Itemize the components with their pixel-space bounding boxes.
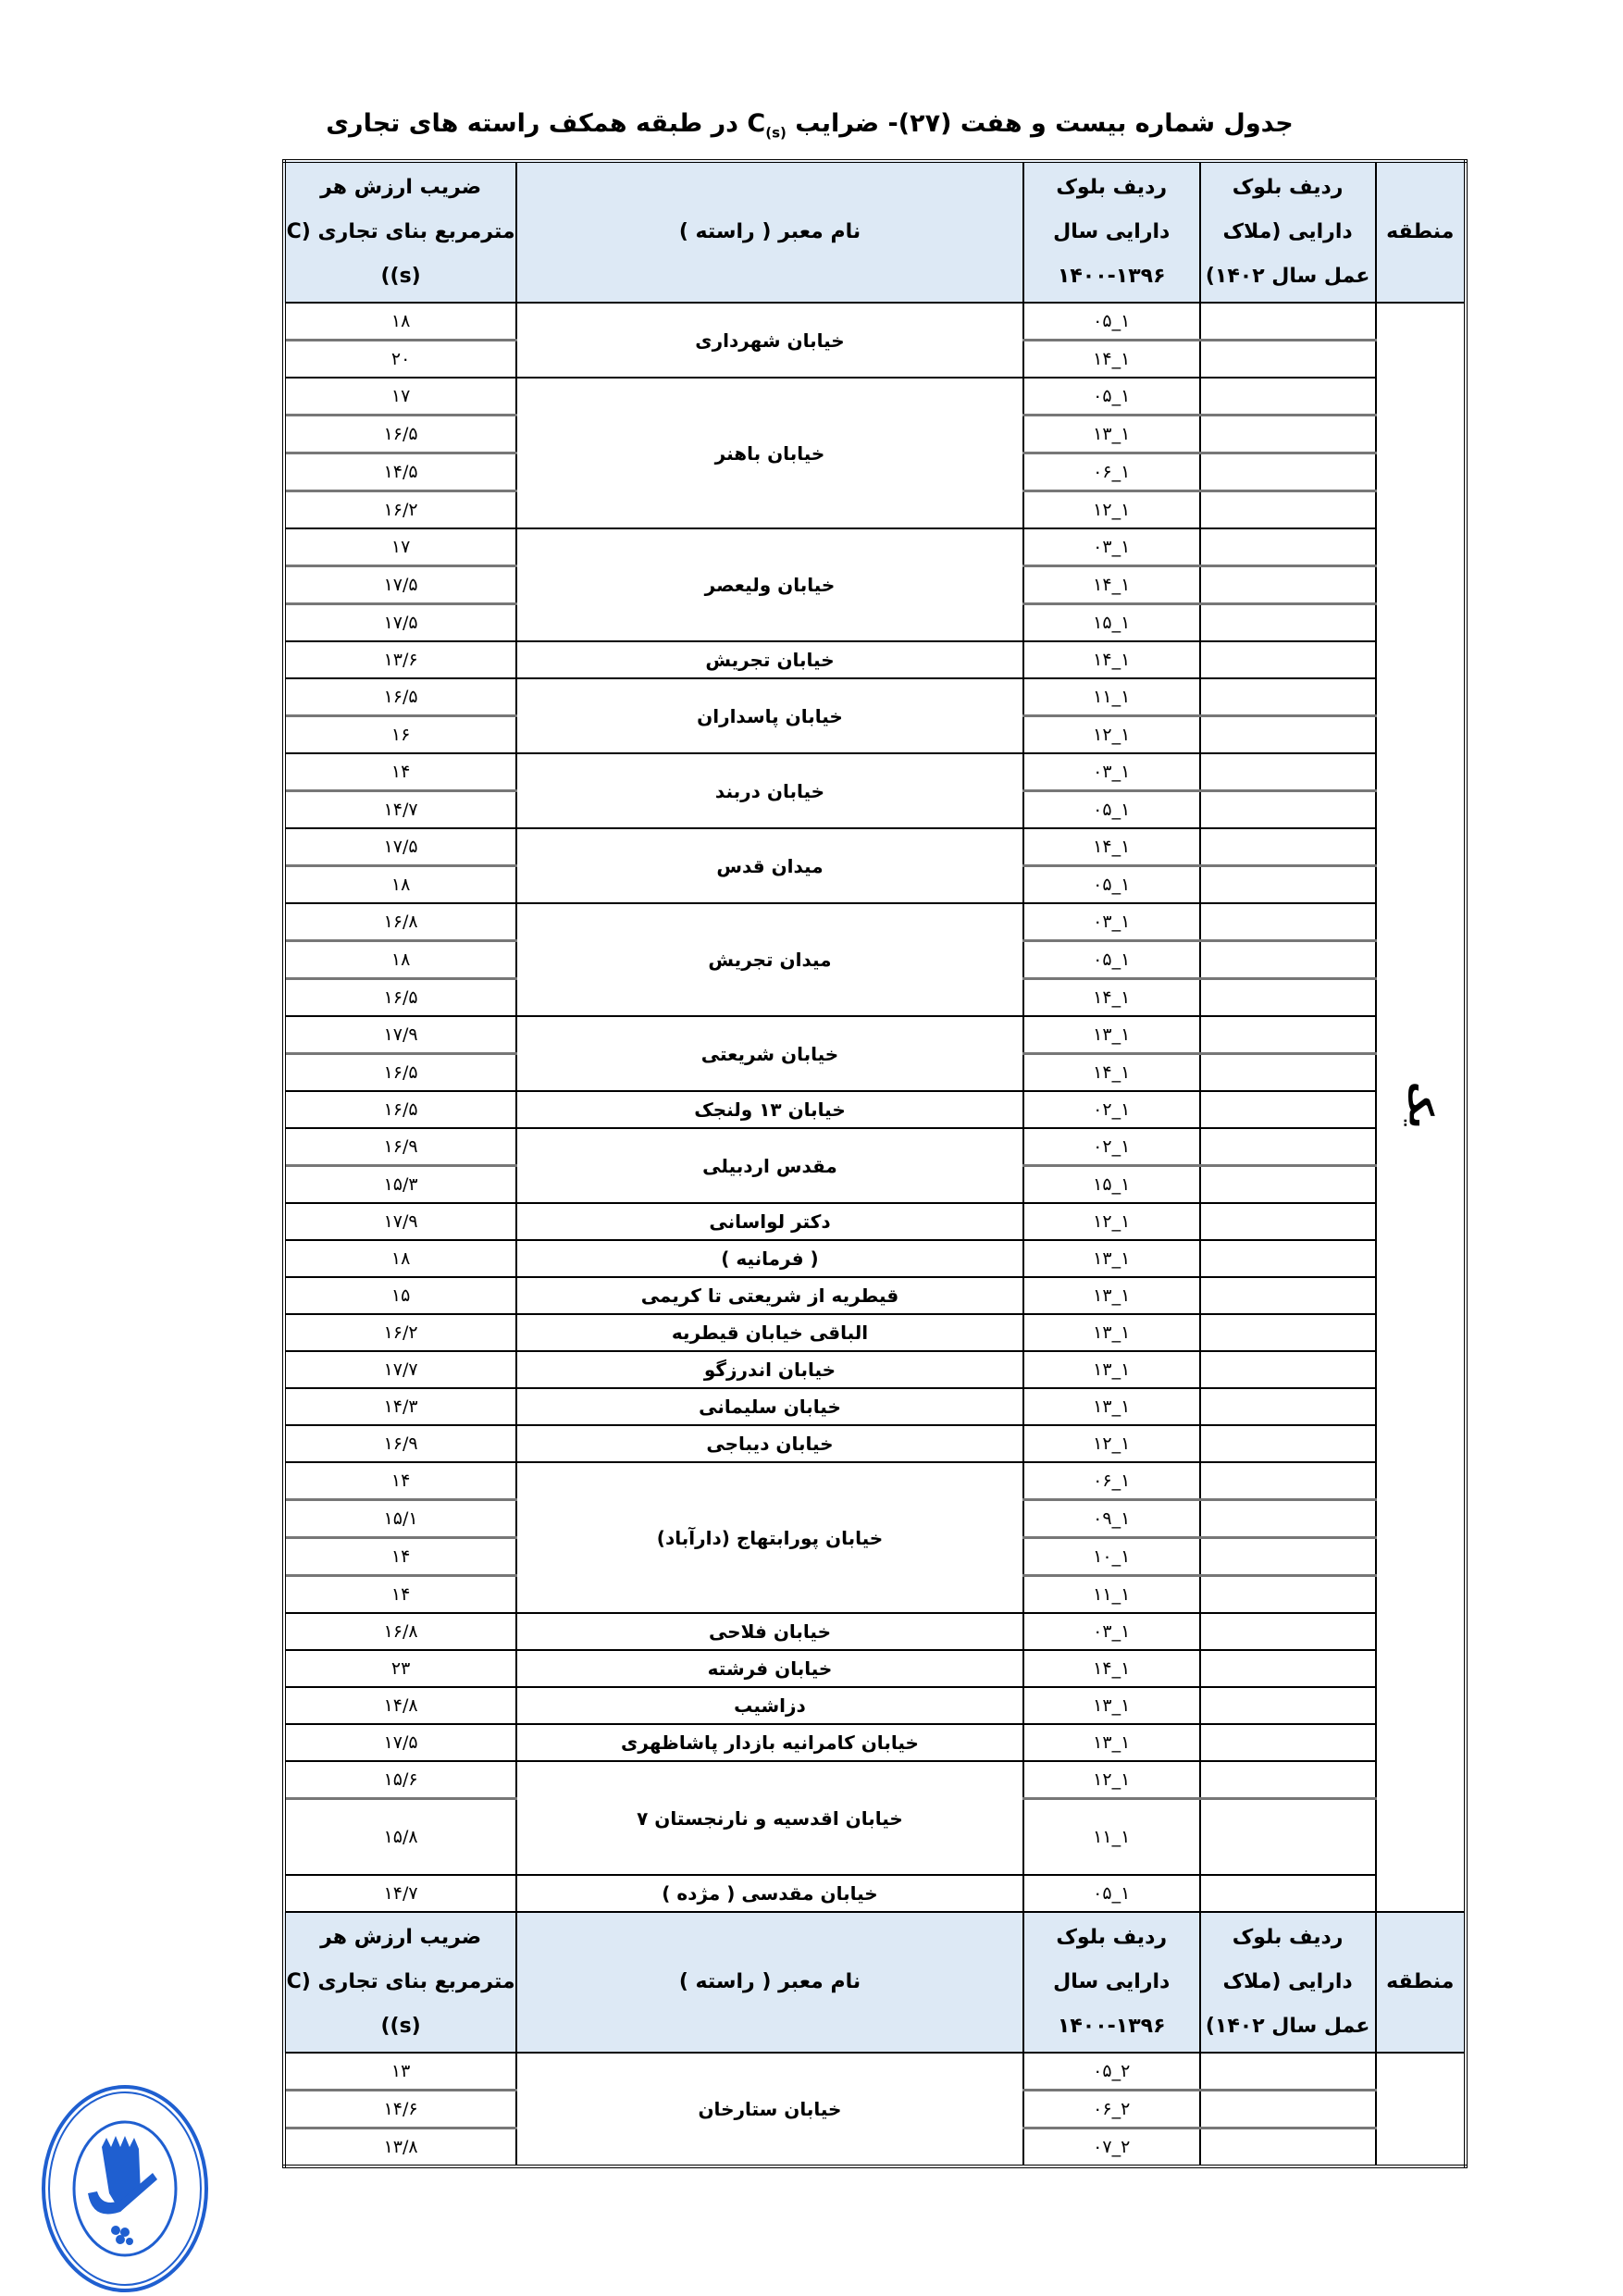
coefficient-cell: ۱۴ bbox=[284, 1576, 516, 1614]
block-1402-cell bbox=[1200, 1277, 1376, 1314]
block-1402-cell bbox=[1200, 1761, 1376, 1799]
header-block-1402: ردیف بلوک دارایی (ملاک عمل سال ۱۴۰۲) bbox=[1200, 161, 1376, 303]
block-1396-cell: ۱_۱۵ bbox=[1023, 1166, 1200, 1204]
coefficient-cell: ۱۷ bbox=[284, 378, 516, 416]
block-1396-cell: ۱_۱۲ bbox=[1023, 1761, 1200, 1799]
block-1396-cell: ۱_۱۳ bbox=[1023, 1724, 1200, 1761]
coefficient-cell: ۱۳/۶ bbox=[284, 641, 516, 678]
table-row: ۱_۰۶خیابان پورابتهاج (دارآباد)۱۴ bbox=[284, 1462, 1466, 1500]
table-row: ۱_۱۳قیطریه از شریعتی تا کریمی۱۵ bbox=[284, 1277, 1466, 1314]
street-name-cell: خیابان اقدسیه و نارنجستان ۷ bbox=[516, 1761, 1023, 1875]
street-name-cell: خیابان دیباجی bbox=[516, 1425, 1023, 1462]
street-name-cell: مقدس اردبیلی bbox=[516, 1128, 1023, 1203]
block-1402-cell bbox=[1200, 2128, 1376, 2167]
block-1396-cell: ۱_۰۳ bbox=[1023, 753, 1200, 791]
street-name-cell: خیابان باهنر bbox=[516, 378, 1023, 528]
block-1402-cell bbox=[1200, 1576, 1376, 1614]
block-1402-cell bbox=[1200, 1650, 1376, 1687]
block-1396-cell: ۱_۱۰ bbox=[1023, 1538, 1200, 1576]
council-seal-icon bbox=[37, 2082, 213, 2295]
table-row: ۱_۱۳دزاشیب۱۴/۸ bbox=[284, 1687, 1466, 1724]
street-name-cell: ( فرمانیه ) bbox=[516, 1240, 1023, 1277]
block-1396-cell: ۱_۰۵ bbox=[1023, 378, 1200, 416]
block-1396-cell: ۱_۱۴ bbox=[1023, 979, 1200, 1017]
coefficient-cell: ۱۸ bbox=[284, 941, 516, 979]
coefficient-cell: ۱۴/۷ bbox=[284, 1875, 516, 1912]
block-1402-cell bbox=[1200, 453, 1376, 491]
coefficient-cell: ۱۸ bbox=[284, 303, 516, 341]
coefficient-cell: ۱۵/۱ bbox=[284, 1500, 516, 1538]
block-1402-cell bbox=[1200, 866, 1376, 904]
block-1402-cell bbox=[1200, 1128, 1376, 1166]
table-row: ۱_۱۲خیابان اقدسیه و نارنجستان ۷۱۵/۶ bbox=[284, 1761, 1466, 1799]
coefficient-cell: ۱۴/۳ bbox=[284, 1388, 516, 1425]
block-1396-cell: ۱_۰۶ bbox=[1023, 453, 1200, 491]
table-row: ۱_۱۲خیابان دیباجی۱۶/۹ bbox=[284, 1425, 1466, 1462]
table-row: ۱_۰۵خیابان مقدسی ( مژده )۱۴/۷ bbox=[284, 1875, 1466, 1912]
coefficient-cell: ۱۶ bbox=[284, 716, 516, 754]
block-1402-cell bbox=[1200, 1388, 1376, 1425]
coefficient-cell: ۱۴/۶ bbox=[284, 2091, 516, 2128]
table-row: ۱_۱۲دکتر لواسانی۱۷/۹ bbox=[284, 1203, 1466, 1240]
coefficient-cell: ۱۶/۵ bbox=[284, 1054, 516, 1092]
region-cell: یک bbox=[1376, 303, 1466, 1912]
coefficient-cell: ۱۶/۲ bbox=[284, 491, 516, 529]
block-1402-cell bbox=[1200, 1351, 1376, 1388]
block-1396-cell: ۱_۰۳ bbox=[1023, 528, 1200, 566]
block-1402-cell bbox=[1200, 1016, 1376, 1054]
block-1402-cell bbox=[1200, 528, 1376, 566]
coefficient-cell: ۱۶/۵ bbox=[284, 1091, 516, 1128]
block-1402-cell bbox=[1200, 1500, 1376, 1538]
street-name-cell: قیطریه از شریعتی تا کریمی bbox=[516, 1277, 1023, 1314]
coefficient-cell: ۱۷/۹ bbox=[284, 1203, 516, 1240]
block-1396-cell: ۱_۱۲ bbox=[1023, 716, 1200, 754]
block-1402-cell bbox=[1200, 416, 1376, 453]
block-1402-cell bbox=[1200, 1240, 1376, 1277]
street-name-cell: خیابان مقدسی ( مژده ) bbox=[516, 1875, 1023, 1912]
coefficient-cell: ۱۵ bbox=[284, 1277, 516, 1314]
block-1402-cell bbox=[1200, 903, 1376, 941]
block-1402-cell bbox=[1200, 1166, 1376, 1204]
coefficient-cell: ۱۷/۷ bbox=[284, 1351, 516, 1388]
block-1402-cell bbox=[1200, 1314, 1376, 1351]
block-1396-cell: ۱_۱۳ bbox=[1023, 1314, 1200, 1351]
block-1402-cell bbox=[1200, 2053, 1376, 2091]
block-1402-cell bbox=[1200, 1425, 1376, 1462]
table-row: ۲_۰۵خیابان ستارخان۱۳ bbox=[284, 2053, 1466, 2091]
street-name-cell: خیابان سلیمانی bbox=[516, 1388, 1023, 1425]
title-subscript: (s) bbox=[765, 124, 787, 141]
title-prefix: جدول شماره بیست و هفت (۲۷)- ضرایب bbox=[787, 109, 1294, 138]
block-1396-cell: ۱_۰۵ bbox=[1023, 866, 1200, 904]
coefficient-cell: ۱۵/۸ bbox=[284, 1799, 516, 1876]
block-1396-cell: ۱_۰۵ bbox=[1023, 791, 1200, 829]
coefficient-cell: ۱۷/۵ bbox=[284, 566, 516, 604]
table-row: ۱_۰۵خیابان باهنر۱۷ bbox=[284, 378, 1466, 416]
street-name-cell: الباقی خیابان قیطریه bbox=[516, 1314, 1023, 1351]
street-name-cell: میدان تجریش bbox=[516, 903, 1023, 1016]
coefficient-cell: ۲۰ bbox=[284, 341, 516, 379]
coefficient-cell: ۱۶/۹ bbox=[284, 1128, 516, 1166]
header-row: منطقهردیف بلوک دارایی (ملاک عمل سال ۱۴۰۲… bbox=[284, 161, 1466, 303]
street-name-cell: خیابان ۱۳ ولنجک bbox=[516, 1091, 1023, 1128]
table-row: ۱_۰۲خیابان ۱۳ ولنجک۱۶/۵ bbox=[284, 1091, 1466, 1128]
coefficient-cell: ۱۷ bbox=[284, 528, 516, 566]
coefficient-cell: ۱۴ bbox=[284, 1462, 516, 1500]
coefficient-cell: ۱۶/۹ bbox=[284, 1425, 516, 1462]
block-1396-cell: ۱_۱۳ bbox=[1023, 1388, 1200, 1425]
table-row: ۱_۱۳خیابان کامرانیه بازدار پاشاظهری۱۷/۵ bbox=[284, 1724, 1466, 1761]
table-row: ۱_۰۳میدان تجریش۱۶/۸ bbox=[284, 903, 1466, 941]
street-name-cell: خیابان شهرداری bbox=[516, 303, 1023, 378]
header-region: منطقه bbox=[1376, 1912, 1466, 2053]
block-1402-cell bbox=[1200, 678, 1376, 716]
block-1396-cell: ۱_۰۹ bbox=[1023, 1500, 1200, 1538]
table-row: ۱_۰۳خیابان دربند۱۴ bbox=[284, 753, 1466, 791]
block-1402-cell bbox=[1200, 791, 1376, 829]
block-1396-cell: ۱_۱۳ bbox=[1023, 416, 1200, 453]
block-1402-cell bbox=[1200, 1462, 1376, 1500]
block-1396-cell: ۱_۱۲ bbox=[1023, 1203, 1200, 1240]
coefficient-cell: ۱۶/۸ bbox=[284, 903, 516, 941]
block-1396-cell: ۱_۱۴ bbox=[1023, 1054, 1200, 1092]
block-1402-cell bbox=[1200, 753, 1376, 791]
header-street-name: نام معبر ( راسته ) bbox=[516, 1912, 1023, 2053]
coefficient-cell: ۱۷/۵ bbox=[284, 604, 516, 642]
table-row: ۱_۱۳خیابان سلیمانی۱۴/۳ bbox=[284, 1388, 1466, 1425]
header-block-1396: ردیف بلوک دارایی سال ۱۳۹۶-۱۴۰۰ bbox=[1023, 1912, 1200, 2053]
block-1396-cell: ۱_۱۴ bbox=[1023, 641, 1200, 678]
street-name-cell: خیابان فلاحی bbox=[516, 1613, 1023, 1650]
block-1402-cell bbox=[1200, 941, 1376, 979]
coefficient-cell: ۱۴ bbox=[284, 753, 516, 791]
block-1396-cell: ۱_۱۳ bbox=[1023, 1016, 1200, 1054]
table-row: یک۱_۰۵خیابان شهرداری۱۸ bbox=[284, 303, 1466, 341]
street-name-cell: خیابان فرشته bbox=[516, 1650, 1023, 1687]
block-1396-cell: ۱_۱۱ bbox=[1023, 678, 1200, 716]
block-1396-cell: ۱_۱۳ bbox=[1023, 1240, 1200, 1277]
block-1396-cell: ۱_۱۱ bbox=[1023, 1576, 1200, 1614]
table-row: ۱_۱۴خیابان فرشته۲۳ bbox=[284, 1650, 1466, 1687]
coefficient-cell: ۱۶/۸ bbox=[284, 1613, 516, 1650]
block-1396-cell: ۱_۱۳ bbox=[1023, 1351, 1200, 1388]
block-1396-cell: ۱_۱۲ bbox=[1023, 1425, 1200, 1462]
block-1402-cell bbox=[1200, 2091, 1376, 2128]
coefficient-cell: ۱۶/۲ bbox=[284, 1314, 516, 1351]
street-name-cell: خیابان شریعتی bbox=[516, 1016, 1023, 1091]
block-1402-cell bbox=[1200, 1613, 1376, 1650]
header-block-1396: ردیف بلوک دارایی سال ۱۳۹۶-۱۴۰۰ bbox=[1023, 161, 1200, 303]
street-name-cell: خیابان ستارخان bbox=[516, 2053, 1023, 2166]
block-1402-cell bbox=[1200, 341, 1376, 379]
street-name-cell: خیابان پورابتهاج (دارآباد) bbox=[516, 1462, 1023, 1613]
block-1396-cell: ۱_۱۴ bbox=[1023, 566, 1200, 604]
table-row: ۱_۱۴خیابان تجریش۱۳/۶ bbox=[284, 641, 1466, 678]
table-row: ۱_۱۳خیابان اندرزگو۱۷/۷ bbox=[284, 1351, 1466, 1388]
block-1396-cell: ۱_۱۱ bbox=[1023, 1799, 1200, 1876]
header-street-name: نام معبر ( راسته ) bbox=[516, 161, 1023, 303]
block-1402-cell bbox=[1200, 1724, 1376, 1761]
table-row: ۱_۱۱خیابان پاسداران۱۶/۵ bbox=[284, 678, 1466, 716]
block-1402-cell bbox=[1200, 1799, 1376, 1876]
table-row: ۱_۰۳خیابان فلاحی۱۶/۸ bbox=[284, 1613, 1466, 1650]
region-label: یک bbox=[1401, 1082, 1439, 1128]
street-name-cell: خیابان تجریش bbox=[516, 641, 1023, 678]
block-1402-cell bbox=[1200, 716, 1376, 754]
block-1396-cell: ۱_۰۳ bbox=[1023, 1613, 1200, 1650]
coefficient-cell: ۱۶/۵ bbox=[284, 979, 516, 1017]
coefficient-cell: ۱۴ bbox=[284, 1538, 516, 1576]
block-1396-cell: ۱_۰۵ bbox=[1023, 303, 1200, 341]
block-1396-cell: ۱_۰۵ bbox=[1023, 941, 1200, 979]
coefficient-cell: ۱۶/۵ bbox=[284, 678, 516, 716]
block-1402-cell bbox=[1200, 491, 1376, 529]
block-1402-cell bbox=[1200, 1091, 1376, 1128]
coefficient-table: منطقهردیف بلوک دارایی (ملاک عمل سال ۱۴۰۲… bbox=[282, 159, 1468, 2168]
table-row: ۱_۱۳الباقی خیابان قیطریه۱۶/۲ bbox=[284, 1314, 1466, 1351]
block-1396-cell: ۱_۱۵ bbox=[1023, 604, 1200, 642]
block-1402-cell bbox=[1200, 979, 1376, 1017]
street-name-cell: خیابان پاسداران bbox=[516, 678, 1023, 753]
header-region: منطقه bbox=[1376, 161, 1466, 303]
header-row: منطقهردیف بلوک دارایی (ملاک عمل سال ۱۴۰۲… bbox=[284, 1912, 1466, 2053]
block-1402-cell bbox=[1200, 1054, 1376, 1092]
block-1402-cell bbox=[1200, 828, 1376, 866]
block-1396-cell: ۱_۱۳ bbox=[1023, 1277, 1200, 1314]
block-1402-cell bbox=[1200, 566, 1376, 604]
block-1396-cell: ۲_۰۵ bbox=[1023, 2053, 1200, 2091]
coefficient-cell: ۱۳/۸ bbox=[284, 2128, 516, 2167]
street-name-cell: خیابان دربند bbox=[516, 753, 1023, 828]
block-1396-cell: ۱_۰۵ bbox=[1023, 1875, 1200, 1912]
title-suffix: در طبقه همکف راسته های تجاری bbox=[326, 109, 747, 138]
block-1396-cell: ۱_۱۲ bbox=[1023, 491, 1200, 529]
header-block-1402: ردیف بلوک دارایی (ملاک عمل سال ۱۴۰۲) bbox=[1200, 1912, 1376, 2053]
coefficient-cell: ۱۳ bbox=[284, 2053, 516, 2091]
document-title: جدول شماره بیست و هفت (۲۷)- ضرایب C(s) د… bbox=[278, 109, 1342, 141]
street-name-cell: خیابان کامرانیه بازدار پاشاظهری bbox=[516, 1724, 1023, 1761]
coefficient-cell: ۱۶/۵ bbox=[284, 416, 516, 453]
block-1396-cell: ۱_۱۳ bbox=[1023, 1687, 1200, 1724]
block-1402-cell bbox=[1200, 303, 1376, 341]
region-cell bbox=[1376, 2053, 1466, 2166]
street-name-cell: دکتر لواسانی bbox=[516, 1203, 1023, 1240]
block-1402-cell bbox=[1200, 1687, 1376, 1724]
block-1402-cell bbox=[1200, 1203, 1376, 1240]
block-1402-cell bbox=[1200, 1875, 1376, 1912]
block-1396-cell: ۱_۱۴ bbox=[1023, 828, 1200, 866]
table-row: ۱_۱۳( فرمانیه )۱۸ bbox=[284, 1240, 1466, 1277]
block-1396-cell: ۱_۰۳ bbox=[1023, 903, 1200, 941]
coefficient-cell: ۱۷/۹ bbox=[284, 1016, 516, 1054]
block-1402-cell bbox=[1200, 378, 1376, 416]
header-coefficient: ضریب ارزش هر مترمربع بنای تجاری (C (s)) bbox=[284, 1912, 516, 2053]
block-1396-cell: ۱_۱۴ bbox=[1023, 341, 1200, 379]
coefficient-cell: ۲۳ bbox=[284, 1650, 516, 1687]
coefficient-cell: ۱۸ bbox=[284, 866, 516, 904]
block-1396-cell: ۲_۰۶ bbox=[1023, 2091, 1200, 2128]
title-symbol: C bbox=[747, 109, 765, 138]
block-1396-cell: ۱_۰۶ bbox=[1023, 1462, 1200, 1500]
coefficient-cell: ۱۸ bbox=[284, 1240, 516, 1277]
coefficient-cell: ۱۵/۶ bbox=[284, 1761, 516, 1799]
coefficient-cell: ۱۴/۵ bbox=[284, 453, 516, 491]
coefficient-cell: ۱۴/۸ bbox=[284, 1687, 516, 1724]
coefficient-cell: ۱۷/۵ bbox=[284, 828, 516, 866]
block-1402-cell bbox=[1200, 641, 1376, 678]
street-name-cell: خیابان ولیعصر bbox=[516, 528, 1023, 641]
block-1402-cell bbox=[1200, 1538, 1376, 1576]
coefficient-cell: ۱۴/۷ bbox=[284, 791, 516, 829]
block-1396-cell: ۲_۰۷ bbox=[1023, 2128, 1200, 2167]
block-1396-cell: ۱_۰۲ bbox=[1023, 1091, 1200, 1128]
table-row: ۱_۰۲مقدس اردبیلی۱۶/۹ bbox=[284, 1128, 1466, 1166]
block-1396-cell: ۱_۱۴ bbox=[1023, 1650, 1200, 1687]
coefficient-cell: ۱۷/۵ bbox=[284, 1724, 516, 1761]
table-row: ۱_۱۴میدان قدس۱۷/۵ bbox=[284, 828, 1466, 866]
coefficient-table-container: منطقهردیف بلوک دارایی (ملاک عمل سال ۱۴۰۲… bbox=[282, 159, 1468, 2168]
street-name-cell: خیابان اندرزگو bbox=[516, 1351, 1023, 1388]
table-row: ۱_۰۳خیابان ولیعصر۱۷ bbox=[284, 528, 1466, 566]
header-coefficient: ضریب ارزش هر مترمربع بنای تجاری (C (s)) bbox=[284, 161, 516, 303]
street-name-cell: دزاشیب bbox=[516, 1687, 1023, 1724]
table-row: ۱_۱۳خیابان شریعتی۱۷/۹ bbox=[284, 1016, 1466, 1054]
street-name-cell: میدان قدس bbox=[516, 828, 1023, 903]
coefficient-cell: ۱۵/۳ bbox=[284, 1166, 516, 1204]
block-1396-cell: ۱_۰۲ bbox=[1023, 1128, 1200, 1166]
block-1402-cell bbox=[1200, 604, 1376, 642]
